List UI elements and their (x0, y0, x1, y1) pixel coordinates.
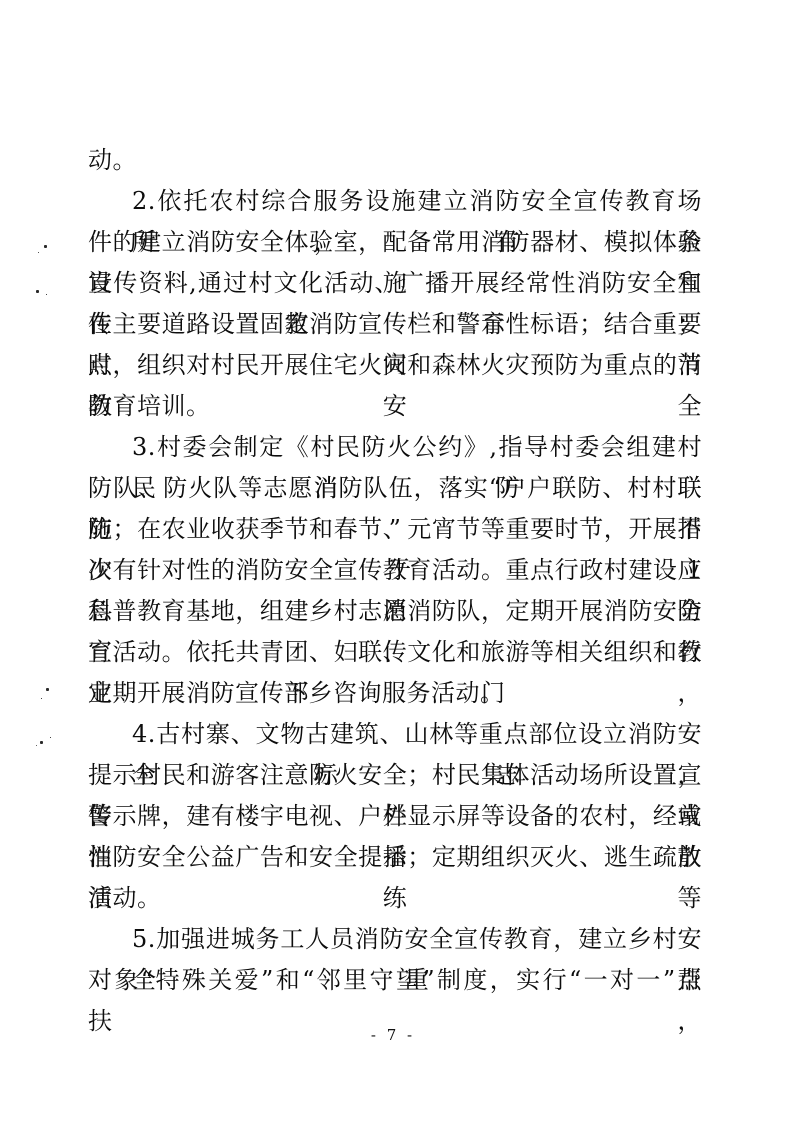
scan-speckle (46, 688, 49, 691)
text-line: 防队、防火队等志愿消防队伍，落实“户户联防、村村联防”措 (88, 468, 702, 509)
scan-speckle (44, 245, 47, 248)
scan-speckle (40, 741, 43, 744)
text-line: 动。 (88, 140, 702, 181)
text-line: 件的建立消防安全体验室，配备常用消防器材、模拟体验设施和 (88, 222, 702, 263)
text-line: 对象“特殊关爱”和“邻里守望”制度，实行“一对一”帮扶， (88, 960, 702, 1001)
text-line: 提示村民和游客注意防火安全；村民集体活动场所设置宣传栏或 (88, 755, 702, 796)
text-line: 3.村委会制定《村民防火公约》,指导村委会组建村民消防联 (88, 427, 702, 468)
text-line: 育活动。依托共青团、妇联、文化和旅游等相关组织和行业部门， (88, 632, 702, 673)
text-line: 5.加强进城务工人员消防安全宣传教育，建立乡村安全重点 (88, 919, 702, 960)
scan-speckle (36, 290, 39, 293)
text-line: 宣传资料,通过村文化活动、广播开展经常性消防安全宣传教育； (88, 263, 702, 304)
text-line: 4.古村寨、文物古建筑、山林等重点部位设立消防安全标志， (88, 714, 702, 755)
text-line: 科普教育基地，组建乡村志愿消防队，定期开展消防安全宣传教 (88, 591, 702, 632)
text-line: 警示牌，建有楼宇电视、户外显示屏等设备的农村，经常性播放 (88, 796, 702, 837)
text-block: 动。2.依托农村综合服务设施建立消防安全宣传教育场所，有条件的建立消防安全体验室… (88, 140, 702, 1001)
text-line: 在主要道路设置固定消防宣传栏和警示性标语；结合重要时间节 (88, 304, 702, 345)
text-line: 消防安全公益广告和安全提示；定期组织灭火、逃生疏散演练等 (88, 837, 702, 878)
page-number: - 7 - (0, 1026, 786, 1044)
text-line: 次有针对性的消防安全宣传教育活动。重点行政村建设应急消防 (88, 550, 702, 591)
text-line: 施；在农业收获季节和春节、元宵节等重要时节，开展不少于1 (88, 509, 702, 550)
document-page: 动。2.依托农村综合服务设施建立消防安全宣传教育场所，有条件的建立消防安全体验室… (0, 0, 786, 1123)
text-line: 点，组织对村民开展住宅火灾和森林火灾预防为重点的消防安全 (88, 345, 702, 386)
text-line: 2.依托农村综合服务设施建立消防安全宣传教育场所，有条 (88, 181, 702, 222)
